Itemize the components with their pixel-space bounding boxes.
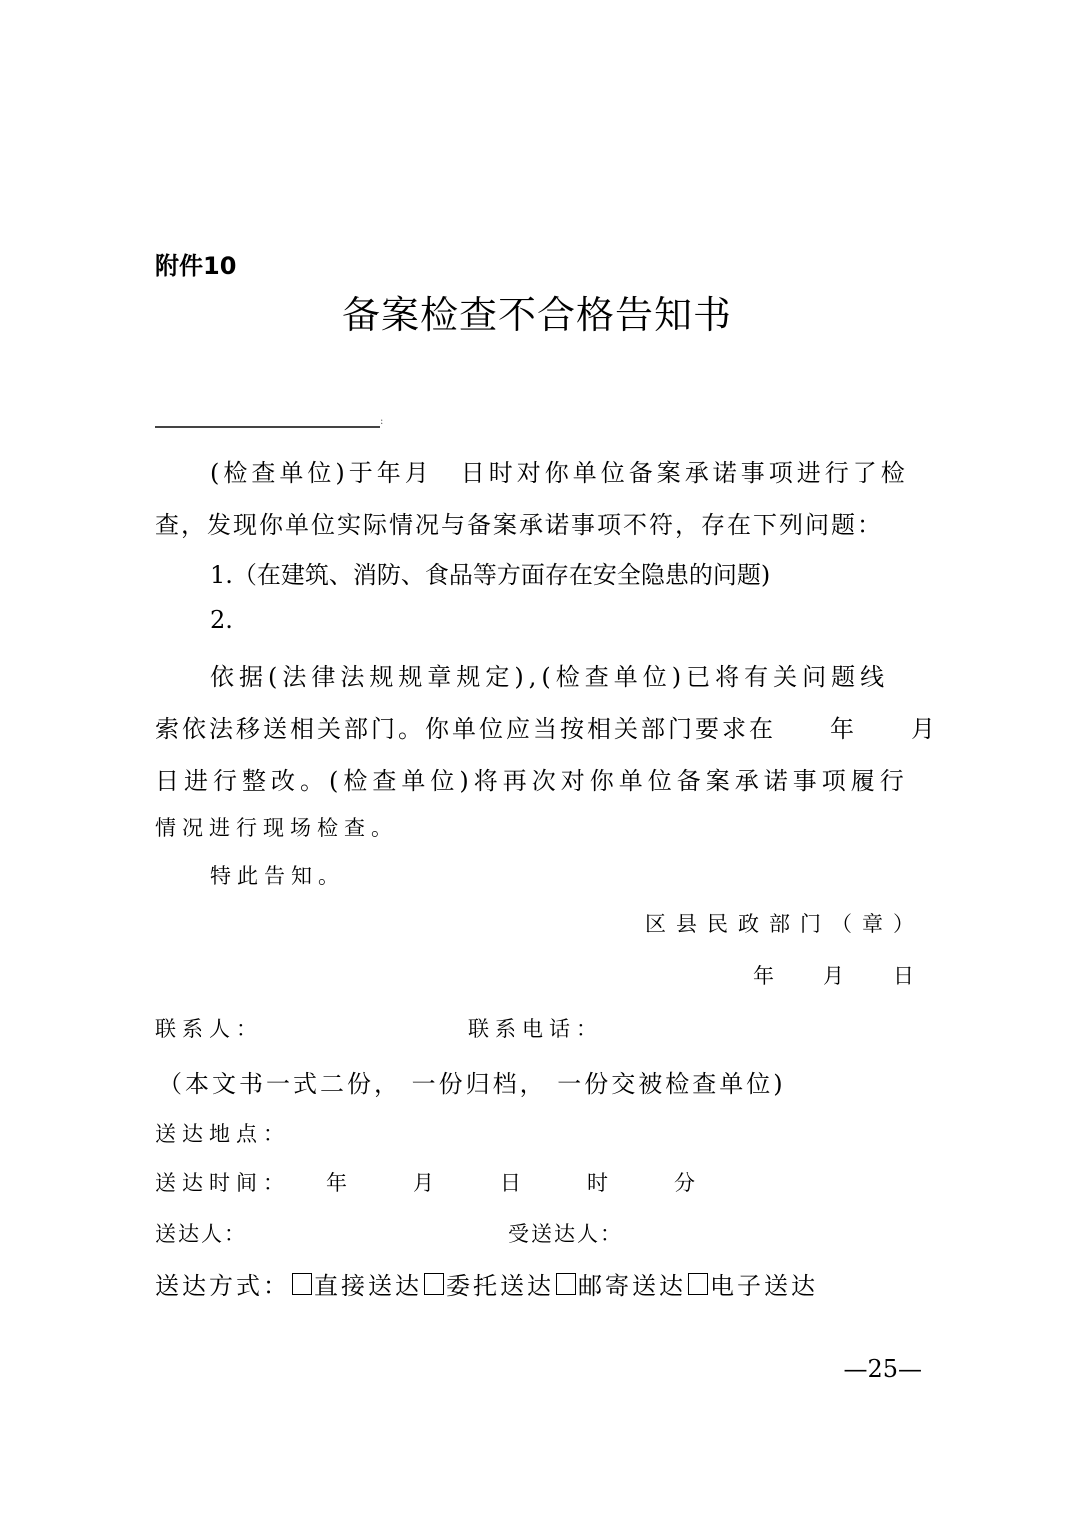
contact-person-label: 联系人：	[155, 1013, 263, 1043]
paragraph-1-line-1: (检查单位)于年月 日时对你单位备案承诺事项进行了检	[210, 453, 909, 488]
document-title: 备案检查不合格告知书	[0, 284, 1074, 339]
delivery-time-units: 年 月 日 时 分	[326, 1167, 703, 1197]
checkbox-direct[interactable]	[292, 1273, 312, 1295]
page-number: —25—	[843, 1355, 922, 1383]
signing-date: 年 月 日	[753, 960, 928, 990]
method-entrusted: 委托送达	[446, 1266, 554, 1301]
sender-label: 送达人：	[155, 1218, 247, 1248]
method-electronic: 电子送达	[710, 1266, 818, 1301]
closing-statement: 特此告知。	[210, 860, 345, 890]
attachment-label: 附件10	[155, 246, 236, 281]
signing-department: 区县民政部门（章）	[645, 908, 924, 938]
contact-phone-label: 联系电话：	[468, 1013, 603, 1043]
problem-item-1: 1.（在建筑、消防、食品等方面存在安全隐患的问题)	[210, 555, 770, 590]
receiver-label: 受送达人：	[508, 1218, 623, 1248]
delivery-method-row: 送达方式： 直接送达 委托送达 邮寄送达 电子送达	[155, 1266, 818, 1301]
delivery-time-label: 送达时间：	[155, 1167, 290, 1197]
checkbox-entrusted[interactable]	[424, 1273, 444, 1295]
method-direct: 直接送达	[314, 1266, 422, 1301]
recipient-blank-line	[155, 426, 380, 428]
checkbox-electronic[interactable]	[688, 1273, 708, 1295]
paragraph-2-line-4: 情况进行现场检查。	[155, 812, 398, 842]
method-mail: 邮寄送达	[578, 1266, 686, 1301]
problem-item-2: 2.	[210, 606, 233, 634]
paragraph-1-line-2: 查，发现你单位实际情况与备案承诺事项不符，存在下列问题：	[155, 505, 883, 540]
paragraph-2-line-3: 日进行整改。(检查单位)将再次对你单位备案承诺事项履行	[155, 761, 909, 796]
paragraph-2-line-2: 索依法移送相关部门。你单位应当按相关部门要求在 年 月	[155, 709, 938, 744]
checkbox-mail[interactable]	[556, 1273, 576, 1295]
paragraph-2-line-1: 依据(法律法规规章规定),(检查单位)已将有关问题线	[210, 657, 889, 692]
delivery-method-label: 送达方式：	[155, 1266, 290, 1301]
delivery-place-label: 送达地点：	[155, 1118, 290, 1148]
recipient-colon: :	[380, 416, 383, 427]
copies-note: （本文书一式二份， 一份归档， 一份交被检查单位)	[158, 1064, 786, 1099]
